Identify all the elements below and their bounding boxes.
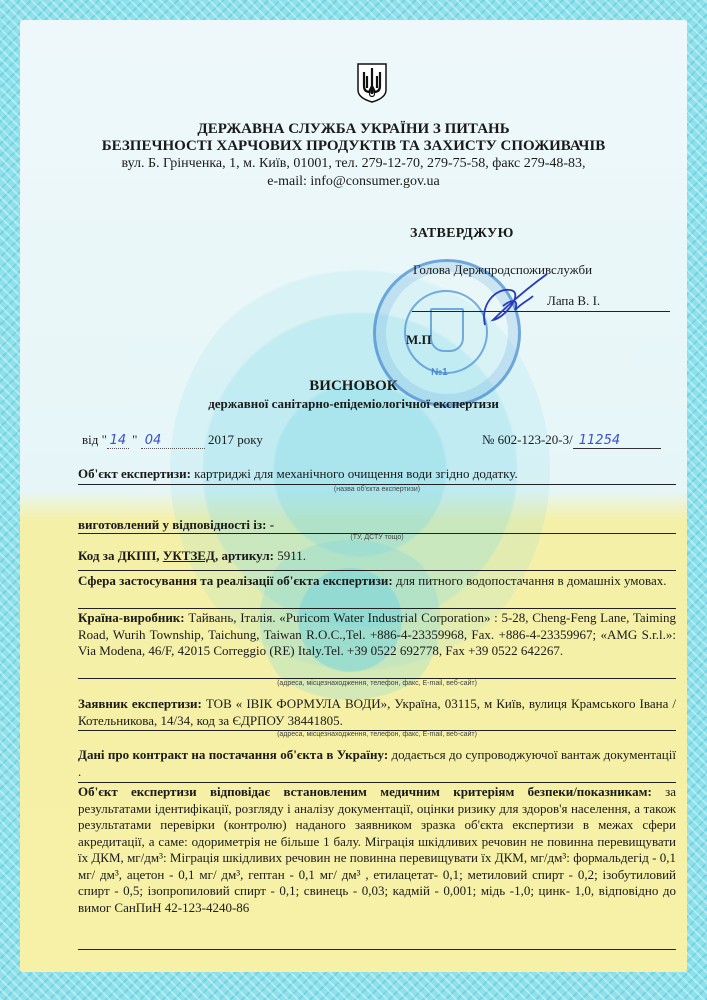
field-country: Країна-виробник: Тайвань, Італія. «Puric…	[78, 610, 676, 660]
code-value: 5911.	[274, 548, 306, 563]
agency-name-line2: БЕЗПЕЧНОСТІ ХАРЧОВИХ ПРОДУКТІВ ТА ЗАХИСТ…	[20, 138, 687, 155]
field-object: Об'єкт експертизи: картриджі для механіч…	[78, 466, 676, 483]
divider	[78, 782, 676, 783]
trident-coat-of-arms-icon	[356, 62, 388, 104]
date-day: 14	[107, 433, 129, 449]
divider	[78, 570, 676, 571]
seal-place-label: М.П	[406, 332, 432, 348]
object-label: Об'єкт експертизи:	[78, 466, 191, 481]
seal-number: №1	[431, 367, 448, 378]
document-number: № 602-123-20-3/11254	[482, 432, 661, 449]
field-compliance: Об'єкт експертизи відповідає встановлени…	[78, 784, 676, 916]
certificate-sheet: ДЕРЖАВНА СЛУЖБА УКРАЇНИ З ПИТАНЬ БЕЗПЕЧН…	[20, 20, 687, 972]
agency-name-line1: ДЕРЖАВНА СЛУЖБА УКРАЇНИ З ПИТАНЬ	[20, 121, 687, 138]
country-label: Країна-виробник:	[78, 610, 185, 625]
agency-email: e-mail: info@consumer.gov.ua	[20, 174, 687, 190]
number-value: 11254	[573, 433, 661, 449]
document-subtitle: державної санітарно-епідеміологічної екс…	[20, 396, 687, 412]
code-label-a: Код за ДКПП,	[78, 548, 160, 563]
field-applicant: Заявник експертизи: ТОВ « ІВІК ФОРМУЛА В…	[78, 696, 676, 729]
manufactured-value: -	[266, 517, 274, 532]
date-mid: "	[129, 432, 141, 447]
field-contract: Дані про контракт на постачання об'єкта …	[78, 747, 676, 780]
object-value: картриджі для механічного очищення води …	[191, 466, 518, 481]
object-caption: (назва об'єкта експертизи)	[78, 486, 676, 493]
divider	[78, 484, 676, 485]
contract-label: Дані про контракт на постачання об'єкта …	[78, 747, 388, 762]
divider	[78, 608, 676, 609]
code-label-c: , артикул:	[215, 548, 274, 563]
country-caption: (адреса, місцезнаходження, телефон, факс…	[78, 680, 676, 687]
date-month: 04	[141, 433, 205, 449]
number-prefix: № 602-123-20-3/	[482, 432, 573, 447]
code-label-b: УКТЗЕД	[163, 548, 215, 563]
scope-value: для питного водопостачання в домашніх ум…	[393, 573, 667, 588]
divider	[78, 678, 676, 679]
manufactured-caption: (ТУ, ДСТУ тощо)	[78, 534, 676, 541]
field-code: Код за ДКПП, УКТЗЕД, артикул: 5911.	[78, 548, 676, 565]
issue-date: від "14 " 04 2017 року	[82, 432, 263, 449]
compliance-value: за результатами ідентифікації, розгляду …	[78, 784, 676, 915]
date-prefix: від "	[82, 432, 107, 447]
divider	[78, 949, 676, 950]
compliance-label: Об'єкт експертизи відповідає встановлени…	[78, 784, 652, 799]
date-year: 2017 року	[208, 432, 263, 447]
field-manufactured: виготовлений у відповідності із: -	[78, 517, 676, 534]
document-title: ВИСНОВОК	[20, 378, 687, 395]
agency-address: вул. Б. Грінченка, 1, м. Київ, 01001, те…	[20, 156, 687, 172]
applicant-label: Заявник експертизи:	[78, 696, 202, 711]
field-scope: Сфера застосування та реалізації об'єкта…	[78, 573, 676, 590]
approval-heading: ЗАТВЕРДЖУЮ	[410, 226, 514, 242]
manufactured-label: виготовлений у відповідності із:	[78, 517, 266, 532]
seal-trident-icon	[430, 308, 464, 352]
applicant-caption: (адреса, місцезнаходження, телефон, факс…	[78, 731, 676, 738]
handwritten-signature-icon	[475, 270, 555, 330]
scope-label: Сфера застосування та реалізації об'єкта…	[78, 573, 393, 588]
